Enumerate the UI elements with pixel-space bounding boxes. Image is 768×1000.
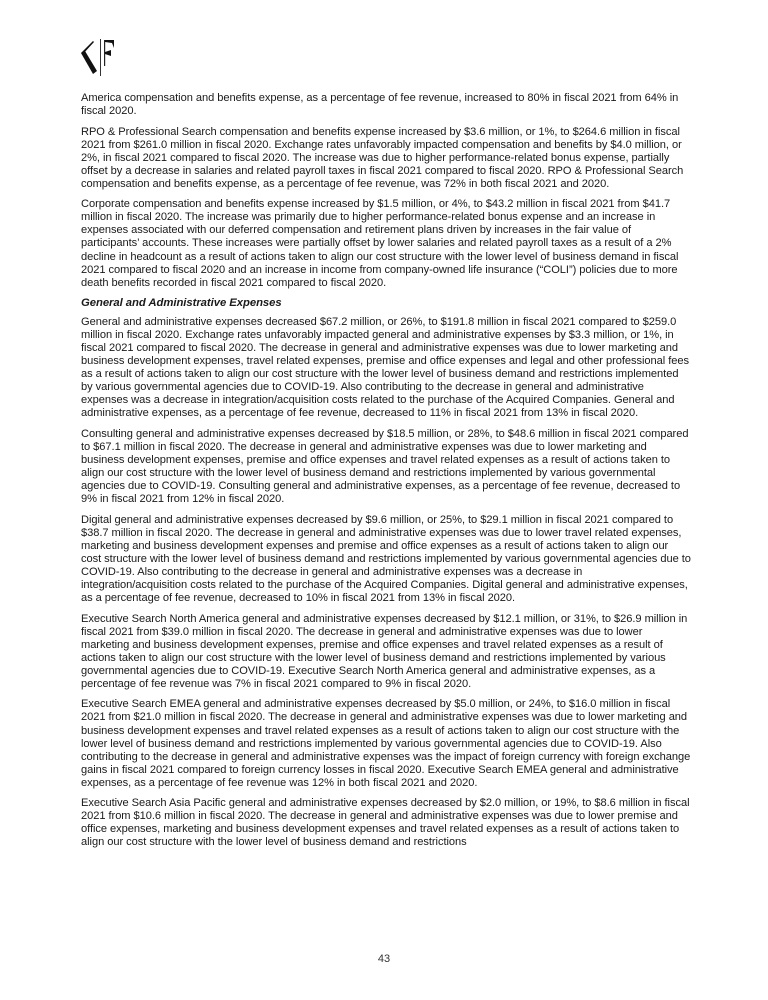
paragraph-ga-total: General and administrative expenses decr…	[81, 316, 691, 420]
kf-logo-icon	[80, 38, 124, 78]
paragraph-rpo-comp: RPO & Professional Search compensation a…	[81, 126, 691, 191]
section-heading-general-admin: General and Administrative Expenses	[81, 297, 691, 310]
paragraph-ga-es-emea: Executive Search EMEA general and admini…	[81, 698, 691, 789]
paragraph-ga-digital: Digital general and administrative expen…	[81, 514, 691, 605]
paragraph-ga-es-north-america: Executive Search North America general a…	[81, 613, 691, 691]
paragraph-corporate-comp: Corporate compensation and benefits expe…	[81, 198, 691, 289]
paragraph-ga-consulting: Consulting general and administrative ex…	[81, 428, 691, 506]
page-number: 43	[0, 953, 768, 965]
paragraph-ga-es-asia-pacific: Executive Search Asia Pacific general an…	[81, 797, 691, 849]
document-body: America compensation and benefits expens…	[81, 92, 691, 857]
paragraph-na-comp-continued: America compensation and benefits expens…	[81, 92, 691, 118]
